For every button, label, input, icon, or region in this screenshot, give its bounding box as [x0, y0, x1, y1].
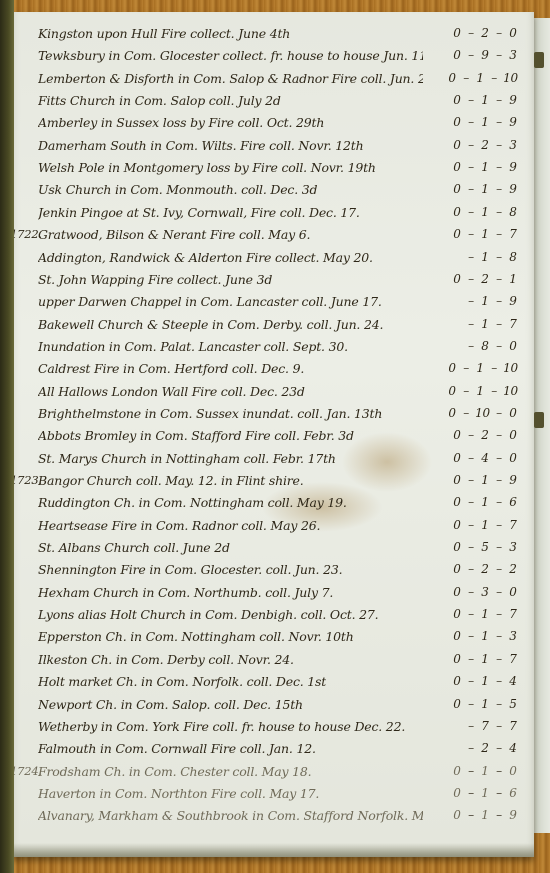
entry-amount: 0–5–3 [452, 540, 518, 554]
amount-pence: 7 [508, 652, 518, 666]
amount-pence: 10 [503, 384, 518, 398]
entry-amount: 0–1–6 [452, 495, 518, 509]
amount-pence: 9 [508, 182, 518, 196]
amount-separator: – [466, 272, 476, 286]
entry-amount: 0–1–9 [452, 115, 518, 129]
ledger-row: St. Marys Church in Nottingham coll. Feb… [12, 451, 534, 475]
amount-pounds: 0 [452, 808, 462, 822]
amount-pounds: 0 [452, 585, 462, 599]
amount-shillings: 1 [480, 629, 490, 643]
ledger-row: Welsh Pole in Montgomery loss by Fire co… [12, 160, 534, 184]
entry-description: St. John Wapping Fire collect. June 3d [38, 272, 272, 287]
amount-pounds: 0 [452, 607, 462, 621]
amount-separator: – [489, 384, 499, 398]
amount-pounds: 0 [452, 115, 462, 129]
amount-pounds: 0 [452, 540, 462, 554]
ledger-row: Caldrest Fire in Com. Hertford coll. Dec… [12, 361, 534, 385]
amount-pence: 3 [508, 629, 518, 643]
entry-description: Jenkin Pingoe at St. Ivy, Cornwall, Fire… [38, 205, 360, 220]
amount-separator: – [494, 406, 504, 420]
amount-separator: – [466, 741, 476, 755]
amount-pence: 9 [508, 93, 518, 107]
amount-pence: 3 [508, 48, 518, 62]
ledger-row: St. John Wapping Fire collect. June 3d0–… [12, 272, 534, 296]
amount-pence: 4 [508, 741, 518, 755]
amount-pence: 0 [508, 451, 518, 465]
amount-separator: – [494, 182, 504, 196]
amount-pence: 9 [508, 160, 518, 174]
amount-shillings: 1 [480, 160, 490, 174]
amount-pence: 9 [508, 808, 518, 822]
amount-shillings: 2 [480, 138, 490, 152]
amount-pence: 10 [503, 71, 518, 85]
ledger-row: Lyons alias Holt Church in Com. Denbigh.… [12, 607, 534, 631]
entry-amount: –7–7 [452, 719, 518, 733]
amount-separator: – [466, 26, 476, 40]
ledger-row: Kingston upon Hull Fire collect. June 4t… [12, 26, 534, 50]
amount-separator: – [494, 629, 504, 643]
amount-pence: 6 [508, 786, 518, 800]
amount-pence: 3 [508, 138, 518, 152]
amount-separator: – [466, 93, 476, 107]
amount-separator: – [494, 674, 504, 688]
amount-separator: – [494, 250, 504, 264]
amount-separator: – [466, 764, 476, 778]
amount-pence: 3 [508, 540, 518, 554]
amount-pounds [452, 250, 462, 264]
entry-amount: 0–10–0 [447, 406, 518, 420]
amount-shillings: 1 [480, 607, 490, 621]
entry-amount: 0–2–1 [452, 272, 518, 286]
amount-pounds: 0 [447, 361, 457, 375]
amount-pence: 9 [508, 115, 518, 129]
entry-description: Shennington Fire in Com. Glocester. coll… [38, 562, 342, 577]
amount-separator: – [494, 652, 504, 666]
ledger-row: Abbots Bromley in Com. Stafford Fire col… [12, 428, 534, 452]
amount-pounds: 0 [452, 428, 462, 442]
ledger-row: Brighthelmstone in Com. Sussex inundat. … [12, 406, 534, 430]
ledger-page: Kingston upon Hull Fire collect. June 4t… [12, 12, 534, 857]
ledger-row: Hexham Church in Com. Northumb. coll. Ju… [12, 585, 534, 609]
entry-amount: –1–8 [452, 250, 518, 264]
amount-pence: 0 [508, 339, 518, 353]
amount-pounds: 0 [452, 674, 462, 688]
amount-shillings: 1 [480, 317, 490, 331]
entry-description: Ruddington Ch. in Com. Nottingham coll. … [38, 495, 347, 510]
amount-pence: 7 [508, 719, 518, 733]
entry-amount: 0–1–8 [452, 205, 518, 219]
amount-separator: – [466, 138, 476, 152]
amount-separator: – [494, 540, 504, 554]
amount-pence: 1 [508, 272, 518, 286]
amount-separator: – [466, 607, 476, 621]
amount-separator: – [466, 160, 476, 174]
entry-description: Alvanary, Markham & Southbrook in Com. S… [38, 808, 423, 823]
amount-pounds: 0 [447, 71, 457, 85]
amount-separator: – [466, 540, 476, 554]
amount-separator: – [494, 786, 504, 800]
ledger-row: upper Darwen Chappel in Com. Lancaster c… [12, 294, 534, 318]
entry-amount: –1–9 [452, 294, 518, 308]
entry-description: Welsh Pole in Montgomery loss by Fire co… [38, 160, 376, 175]
amount-pence: 9 [508, 294, 518, 308]
amount-separator: – [494, 451, 504, 465]
entry-amount: 0–1–10 [447, 71, 518, 85]
entry-description: upper Darwen Chappel in Com. Lancaster c… [38, 294, 382, 309]
entry-description: Fitts Church in Com. Salop coll. July 2d [38, 93, 281, 108]
amount-separator: – [461, 71, 471, 85]
amount-shillings: 1 [480, 764, 490, 778]
amount-pounds [452, 339, 462, 353]
entry-amount: –2–4 [452, 741, 518, 755]
amount-separator: – [466, 451, 476, 465]
entry-description: Usk Church in Com. Monmouth. coll. Dec. … [38, 182, 317, 197]
amount-shillings: 1 [480, 495, 490, 509]
entry-amount: 0–1–9 [452, 160, 518, 174]
amount-shillings: 10 [475, 406, 490, 420]
ledger-row: 1723.Bangor Church coll. May. 12. in Fli… [12, 473, 534, 497]
amount-pounds: 0 [452, 562, 462, 576]
entry-description: Heartsease Fire in Com. Radnor coll. May… [38, 518, 320, 533]
entry-amount: 0–3–0 [452, 585, 518, 599]
amount-pounds: 0 [452, 272, 462, 286]
entry-amount: 0–1–10 [447, 361, 518, 375]
amount-separator: – [494, 115, 504, 129]
entry-description: Holt market Ch. in Com. Norfolk. coll. D… [38, 674, 326, 689]
amount-separator: – [494, 26, 504, 40]
amount-separator: – [494, 473, 504, 487]
amount-separator: – [466, 495, 476, 509]
amount-pounds: 0 [452, 451, 462, 465]
amount-shillings: 1 [480, 518, 490, 532]
amount-shillings: 1 [480, 652, 490, 666]
amount-pounds: 0 [452, 93, 462, 107]
ledger-row: Usk Church in Com. Monmouth. coll. Dec. … [12, 182, 534, 206]
amount-separator: – [466, 182, 476, 196]
entry-description: Haverton in Com. Northton Fire coll. May… [38, 786, 319, 801]
amount-shillings: 8 [480, 339, 490, 353]
ledger-row: Fitts Church in Com. Salop coll. July 2d… [12, 93, 534, 117]
ledger-row: Tewksbury in Com. Glocester collect. fr.… [12, 48, 534, 72]
amount-separator: – [494, 741, 504, 755]
amount-separator: – [494, 272, 504, 286]
ledger-row: Bakewell Church & Steeple in Com. Derby.… [12, 317, 534, 341]
entry-amount: 0–4–0 [452, 451, 518, 465]
ledger-row: Lemberton & Disforth in Com. Salop & Rad… [12, 71, 534, 95]
amount-separator: – [489, 361, 499, 375]
amount-separator: – [466, 250, 476, 264]
amount-pence: 0 [508, 764, 518, 778]
amount-pence: 2 [508, 562, 518, 576]
amount-pence: 6 [508, 495, 518, 509]
entry-description: All Hallows London Wall Fire coll. Dec. … [38, 384, 305, 399]
amount-separator: – [489, 71, 499, 85]
amount-shillings: 1 [480, 786, 490, 800]
amount-separator: – [494, 518, 504, 532]
ledger-row: Addington, Randwick & Alderton Fire coll… [12, 250, 534, 274]
amount-shillings: 1 [480, 205, 490, 219]
amount-shillings: 1 [480, 250, 490, 264]
amount-pounds: 0 [452, 26, 462, 40]
entry-description: Wetherby in Com. York Fire coll. fr. hou… [38, 719, 405, 734]
amount-separator: – [461, 361, 471, 375]
amount-separator: – [466, 428, 476, 442]
amount-pence: 0 [508, 26, 518, 40]
ledger-row: Wetherby in Com. York Fire coll. fr. hou… [12, 719, 534, 743]
amount-separator: – [466, 339, 476, 353]
entry-amount: 0–1–7 [452, 518, 518, 532]
amount-pence: 8 [508, 250, 518, 264]
amount-pounds: 0 [452, 629, 462, 643]
amount-pence: 7 [508, 607, 518, 621]
amount-separator: – [494, 138, 504, 152]
amount-separator: – [466, 786, 476, 800]
amount-pounds: 0 [452, 652, 462, 666]
amount-pence: 9 [508, 473, 518, 487]
entry-description: Newport Ch. in Com. Salop. coll. Dec. 15… [38, 697, 303, 712]
amount-separator: – [494, 205, 504, 219]
ledger-row: 1722.Gratwood, Bilson & Nerant Fire coll… [12, 227, 534, 251]
ledger-row: St. Albans Church coll. June 2d0–5–3 [12, 540, 534, 564]
amount-pence: 5 [508, 697, 518, 711]
amount-separator: – [494, 317, 504, 331]
amount-separator: – [461, 406, 471, 420]
entry-description: Falmouth in Com. Cornwall Fire coll. Jan… [38, 741, 316, 756]
ledger-row: Ruddington Ch. in Com. Nottingham coll. … [12, 495, 534, 519]
entry-amount: –8–0 [452, 339, 518, 353]
entry-amount: 0–1–6 [452, 786, 518, 800]
ledger-row: Holt market Ch. in Com. Norfolk. coll. D… [12, 674, 534, 698]
amount-separator: – [466, 652, 476, 666]
amount-separator: – [494, 764, 504, 778]
amount-shillings: 1 [480, 115, 490, 129]
entry-description: Epperston Ch. in Com. Nottingham coll. N… [38, 629, 354, 644]
ledger-row: Heartsease Fire in Com. Radnor coll. May… [12, 518, 534, 542]
entry-description: Abbots Bromley in Com. Stafford Fire col… [38, 428, 354, 443]
amount-pounds [452, 741, 462, 755]
amount-shillings: 2 [480, 562, 490, 576]
amount-shillings: 1 [475, 71, 485, 85]
entry-amount: 0–1–9 [452, 808, 518, 822]
amount-shillings: 7 [480, 719, 490, 733]
amount-pence: 8 [508, 205, 518, 219]
entry-amount: 0–1–7 [452, 652, 518, 666]
amount-shillings: 1 [480, 93, 490, 107]
amount-separator: – [494, 719, 504, 733]
entry-description: Caldrest Fire in Com. Hertford coll. Dec… [38, 361, 304, 376]
amount-shillings: 9 [480, 48, 490, 62]
entry-amount: 0–1–7 [452, 227, 518, 241]
amount-separator: – [466, 697, 476, 711]
amount-pounds [452, 294, 462, 308]
ledger-row: Alvanary, Markham & Southbrook in Com. S… [12, 808, 534, 832]
amount-shillings: 5 [480, 540, 490, 554]
ledger-row: Damerham South in Com. Wilts. Fire coll.… [12, 138, 534, 162]
entry-description: Damerham South in Com. Wilts. Fire coll.… [38, 138, 363, 153]
amount-pounds [452, 317, 462, 331]
entry-amount: 0–1–5 [452, 697, 518, 711]
amount-separator: – [466, 473, 476, 487]
entry-amount: 0–1–3 [452, 629, 518, 643]
amount-separator: – [466, 227, 476, 241]
amount-separator: – [494, 339, 504, 353]
amount-shillings: 1 [480, 473, 490, 487]
entry-amount: –1–7 [452, 317, 518, 331]
entry-description: Gratwood, Bilson & Nerant Fire coll. May… [38, 227, 310, 242]
book-binding [0, 0, 14, 873]
amount-separator: – [466, 585, 476, 599]
entry-description: Lyons alias Holt Church in Com. Denbigh.… [38, 607, 378, 622]
amount-separator: – [466, 205, 476, 219]
entry-description: Tewksbury in Com. Glocester collect. fr.… [38, 48, 423, 63]
amount-shillings: 2 [480, 272, 490, 286]
amount-separator: – [494, 697, 504, 711]
entry-amount: 0–1–4 [452, 674, 518, 688]
amount-pounds: 0 [452, 182, 462, 196]
entry-amount: 0–1–9 [452, 93, 518, 107]
page-tab-marker [534, 412, 544, 428]
amount-shillings: 1 [480, 674, 490, 688]
entry-description: Ilkeston Ch. in Com. Derby coll. Novr. 2… [38, 652, 294, 667]
amount-separator: – [494, 294, 504, 308]
entry-amount: 0–2–3 [452, 138, 518, 152]
page-tab-marker [534, 52, 544, 68]
amount-pounds: 0 [452, 227, 462, 241]
amount-pounds: 0 [452, 697, 462, 711]
amount-shillings: 2 [480, 26, 490, 40]
amount-pounds [452, 719, 462, 733]
entry-description: Lemberton & Disforth in Com. Salop & Rad… [38, 71, 423, 86]
amount-pounds: 0 [452, 160, 462, 174]
ledger-row: Amberley in Sussex loss by Fire coll. Oc… [12, 115, 534, 139]
entry-amount: 0–1–7 [452, 607, 518, 621]
amount-shillings: 4 [480, 451, 490, 465]
amount-separator: – [494, 562, 504, 576]
entry-description: Hexham Church in Com. Northumb. coll. Ju… [38, 585, 333, 600]
amount-pence: 7 [508, 518, 518, 532]
ledger-row: Ilkeston Ch. in Com. Derby coll. Novr. 2… [12, 652, 534, 676]
ledger-row: All Hallows London Wall Fire coll. Dec. … [12, 384, 534, 408]
amount-pounds: 0 [452, 138, 462, 152]
amount-pounds: 0 [452, 48, 462, 62]
entry-amount: 0–1–0 [452, 764, 518, 778]
ledger-row: Haverton in Com. Northton Fire coll. May… [12, 786, 534, 810]
amount-separator: – [466, 294, 476, 308]
entry-amount: 0–2–2 [452, 562, 518, 576]
entry-amount: 0–2–0 [452, 26, 518, 40]
entry-description: Bangor Church coll. May. 12. in Flint sh… [38, 473, 304, 488]
amount-separator: – [494, 160, 504, 174]
amount-pence: 4 [508, 674, 518, 688]
amount-separator: – [494, 93, 504, 107]
amount-pounds: 0 [452, 786, 462, 800]
amount-separator: – [466, 629, 476, 643]
amount-separator: – [466, 518, 476, 532]
entry-description: Addington, Randwick & Alderton Fire coll… [38, 250, 373, 265]
amount-pounds: 0 [447, 384, 457, 398]
amount-shillings: 1 [480, 294, 490, 308]
amount-separator: – [466, 317, 476, 331]
entry-amount: 0–1–10 [447, 384, 518, 398]
amount-pence: 7 [508, 317, 518, 331]
entry-amount: 0–1–9 [452, 182, 518, 196]
amount-separator: – [494, 607, 504, 621]
amount-separator: – [466, 48, 476, 62]
amount-shillings: 2 [480, 428, 490, 442]
amount-shillings: 3 [480, 585, 490, 599]
amount-separator: – [494, 227, 504, 241]
ledger-row: Shennington Fire in Com. Glocester. coll… [12, 562, 534, 586]
amount-separator: – [494, 495, 504, 509]
amount-pounds: 0 [452, 764, 462, 778]
amount-separator: – [461, 384, 471, 398]
entry-amount: 0–9–3 [452, 48, 518, 62]
entry-description: Bakewell Church & Steeple in Com. Derby.… [38, 317, 383, 332]
amount-pence: 10 [503, 361, 518, 375]
amount-shillings: 1 [480, 808, 490, 822]
amount-shillings: 1 [480, 227, 490, 241]
amount-separator: – [466, 674, 476, 688]
amount-pence: 0 [508, 406, 518, 420]
amount-separator: – [466, 115, 476, 129]
ledger-row: Newport Ch. in Com. Salop. coll. Dec. 15… [12, 697, 534, 721]
amount-separator: – [494, 428, 504, 442]
amount-pounds: 0 [447, 406, 457, 420]
amount-separator: – [466, 808, 476, 822]
amount-pence: 0 [508, 428, 518, 442]
entry-description: St. Marys Church in Nottingham coll. Feb… [38, 451, 336, 466]
amount-separator: – [466, 719, 476, 733]
ledger-row: Jenkin Pingoe at St. Ivy, Cornwall, Fire… [12, 205, 534, 229]
amount-shillings: 1 [480, 697, 490, 711]
amount-pence: 7 [508, 227, 518, 241]
ledger-row: Epperston Ch. in Com. Nottingham coll. N… [12, 629, 534, 653]
amount-separator: – [466, 562, 476, 576]
amount-shillings: 1 [475, 384, 485, 398]
amount-separator: – [494, 48, 504, 62]
entry-amount: 0–1–9 [452, 473, 518, 487]
ledger-row: Inundation in Com. Palat. Lancaster coll… [12, 339, 534, 363]
amount-pence: 0 [508, 585, 518, 599]
entry-description: Kingston upon Hull Fire collect. June 4t… [38, 26, 290, 41]
entry-amount: 0–2–0 [452, 428, 518, 442]
amount-pounds: 0 [452, 205, 462, 219]
entry-description: Amberley in Sussex loss by Fire coll. Oc… [38, 115, 324, 130]
ledger-row: Falmouth in Com. Cornwall Fire coll. Jan… [12, 741, 534, 765]
amount-pounds: 0 [452, 495, 462, 509]
entry-description: Brighthelmstone in Com. Sussex inundat. … [38, 406, 382, 421]
amount-pounds: 0 [452, 473, 462, 487]
ledger-row: 1724.Frodsham Ch. in Com. Chester coll. … [12, 764, 534, 788]
entry-description: Inundation in Com. Palat. Lancaster coll… [38, 339, 348, 354]
amount-shillings: 2 [480, 741, 490, 755]
amount-shillings: 1 [480, 182, 490, 196]
entry-description: St. Albans Church coll. June 2d [38, 540, 230, 555]
amount-separator: – [494, 808, 504, 822]
entry-description: Frodsham Ch. in Com. Chester coll. May 1… [38, 764, 311, 779]
amount-separator: – [494, 585, 504, 599]
amount-shillings: 1 [475, 361, 485, 375]
amount-pounds: 0 [452, 518, 462, 532]
